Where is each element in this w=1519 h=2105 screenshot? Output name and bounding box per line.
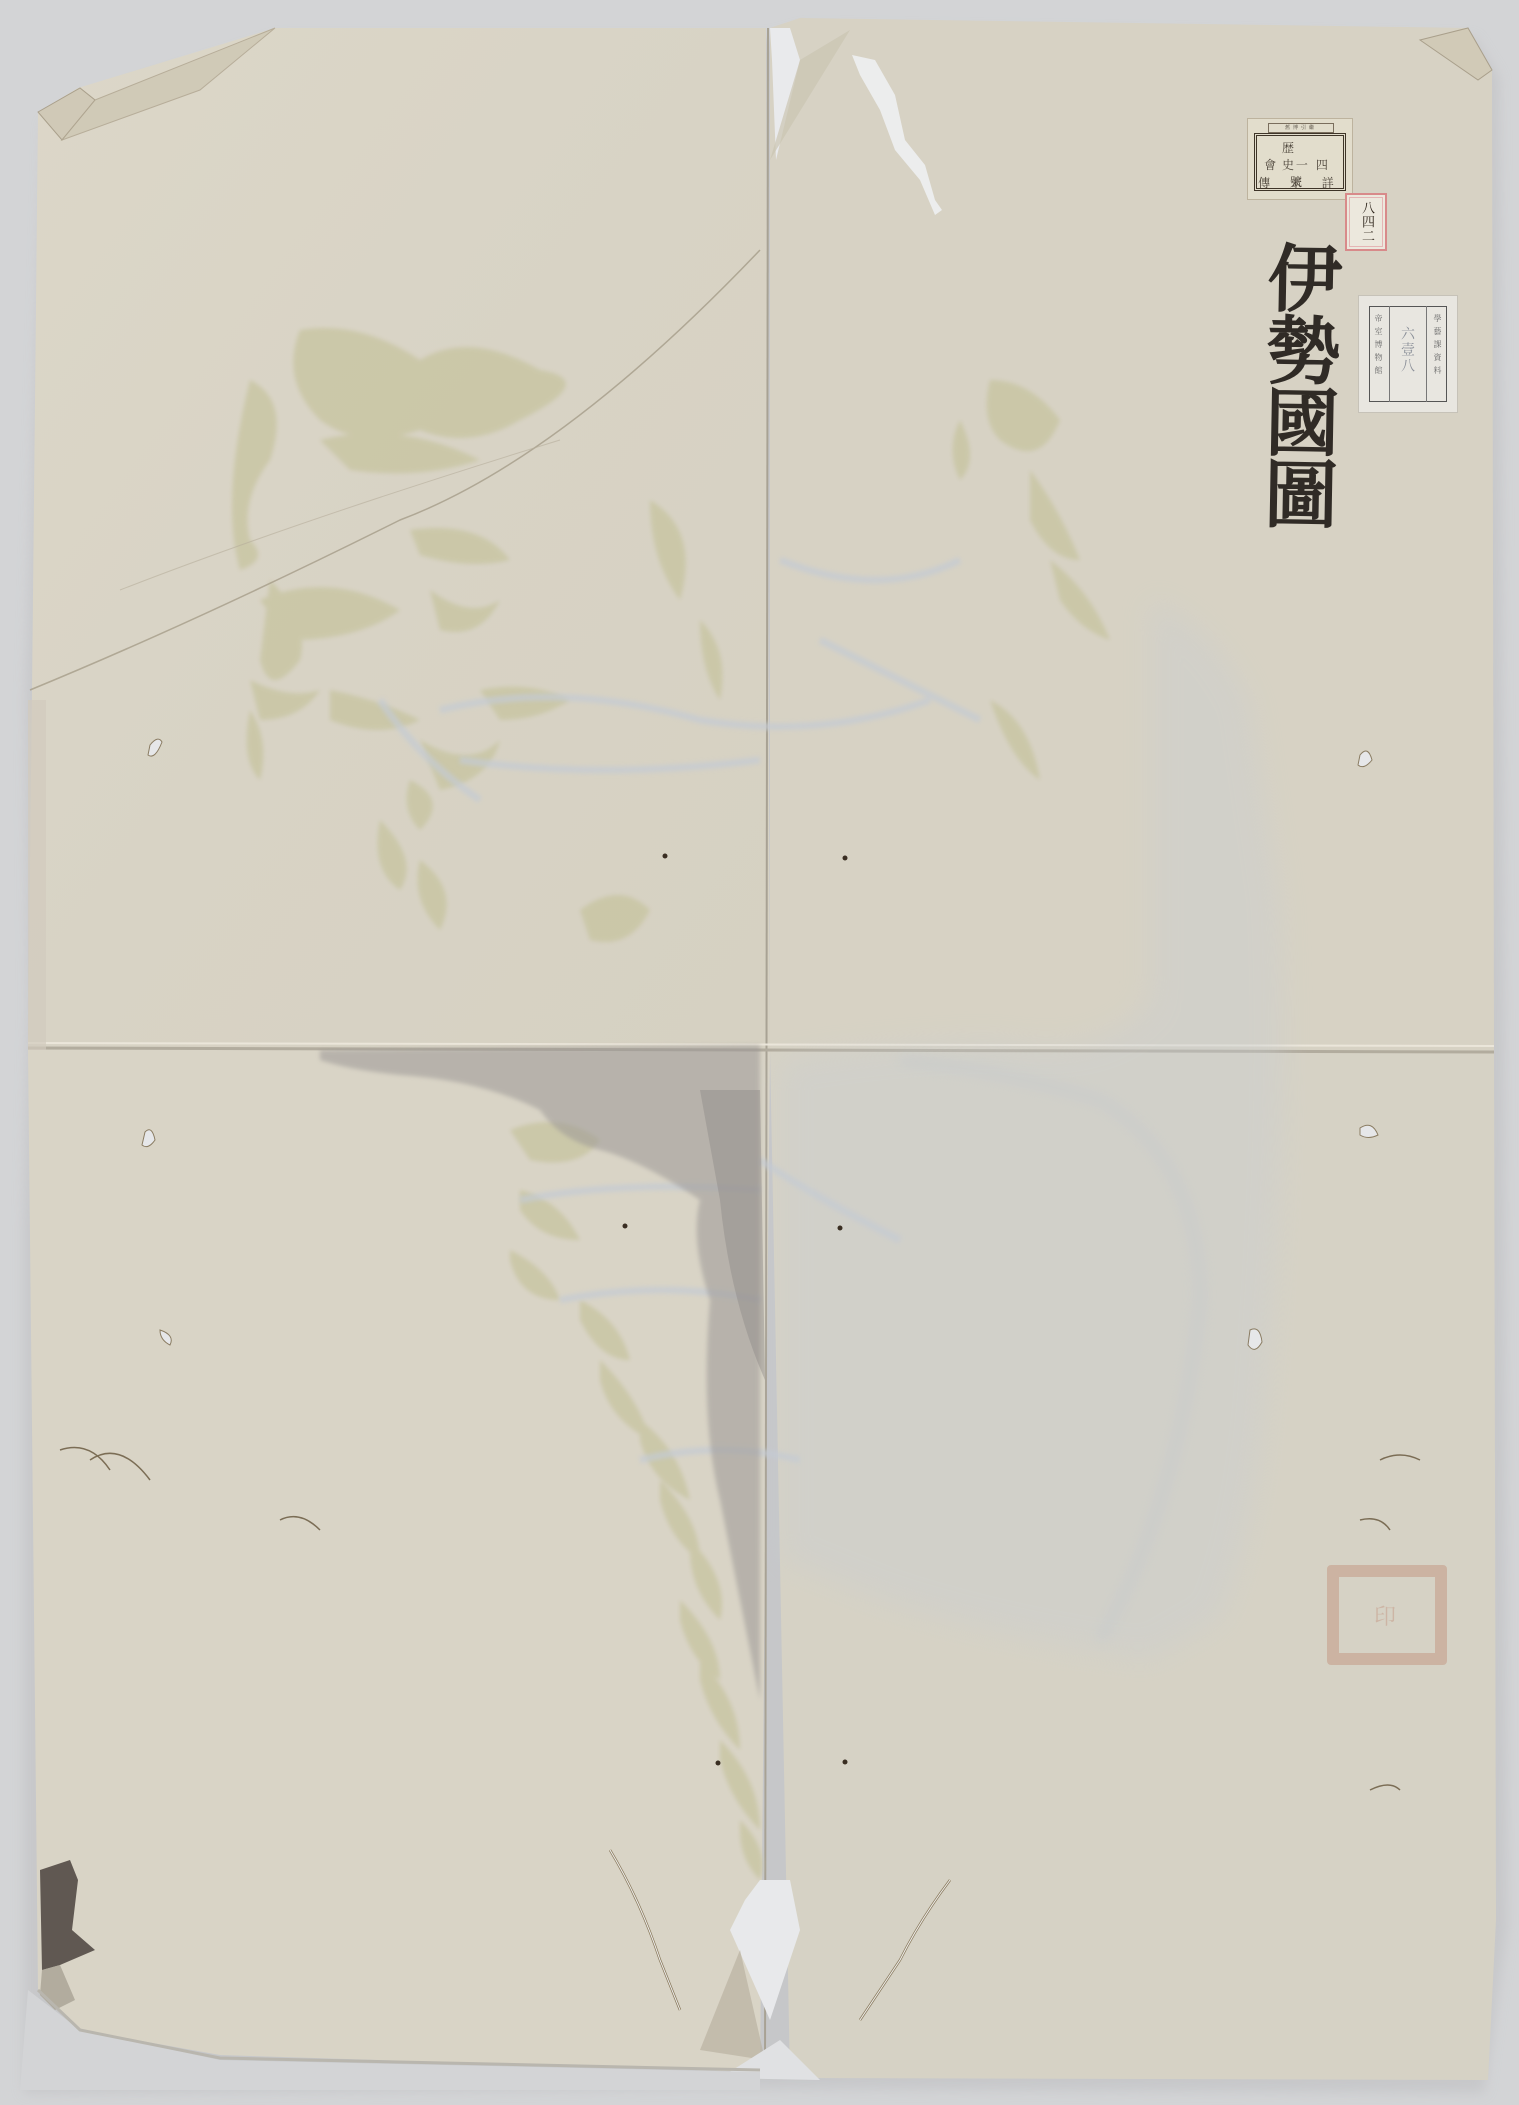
museum-label-number: 六壹八 xyxy=(1397,326,1417,374)
catalog-number-label: 八四二 xyxy=(1345,193,1387,251)
museum-label-museum: 帝室博物館 xyxy=(1373,314,1384,379)
document-photo: 舊博引繼 歴 史 會 一四 號 傳 未 詳 八四二 學藝課資料 六壹八 帝室博物… xyxy=(0,0,1519,2105)
seal-text: 印 xyxy=(1339,1577,1435,1653)
collection-label: 舊博引繼 歴 史 會 一四 號 傳 未 詳 xyxy=(1247,118,1353,200)
collection-label-row3: 傳 未 詳 xyxy=(1257,174,1343,191)
collection-label-frame: 歴 史 會 一四 號 傳 未 詳 xyxy=(1254,133,1346,191)
museum-label-divider xyxy=(1389,306,1390,402)
map-title: 伊勢國圖 xyxy=(1249,239,1344,529)
red-seal-stamp: 印 xyxy=(1327,1565,1447,1665)
museum-label-divider xyxy=(1426,306,1427,402)
museum-label: 學藝課資料 六壹八 帝室博物館 xyxy=(1358,295,1458,413)
collection-label-header: 舊博引繼 xyxy=(1268,123,1334,133)
museum-label-dept: 學藝課資料 xyxy=(1432,314,1443,379)
